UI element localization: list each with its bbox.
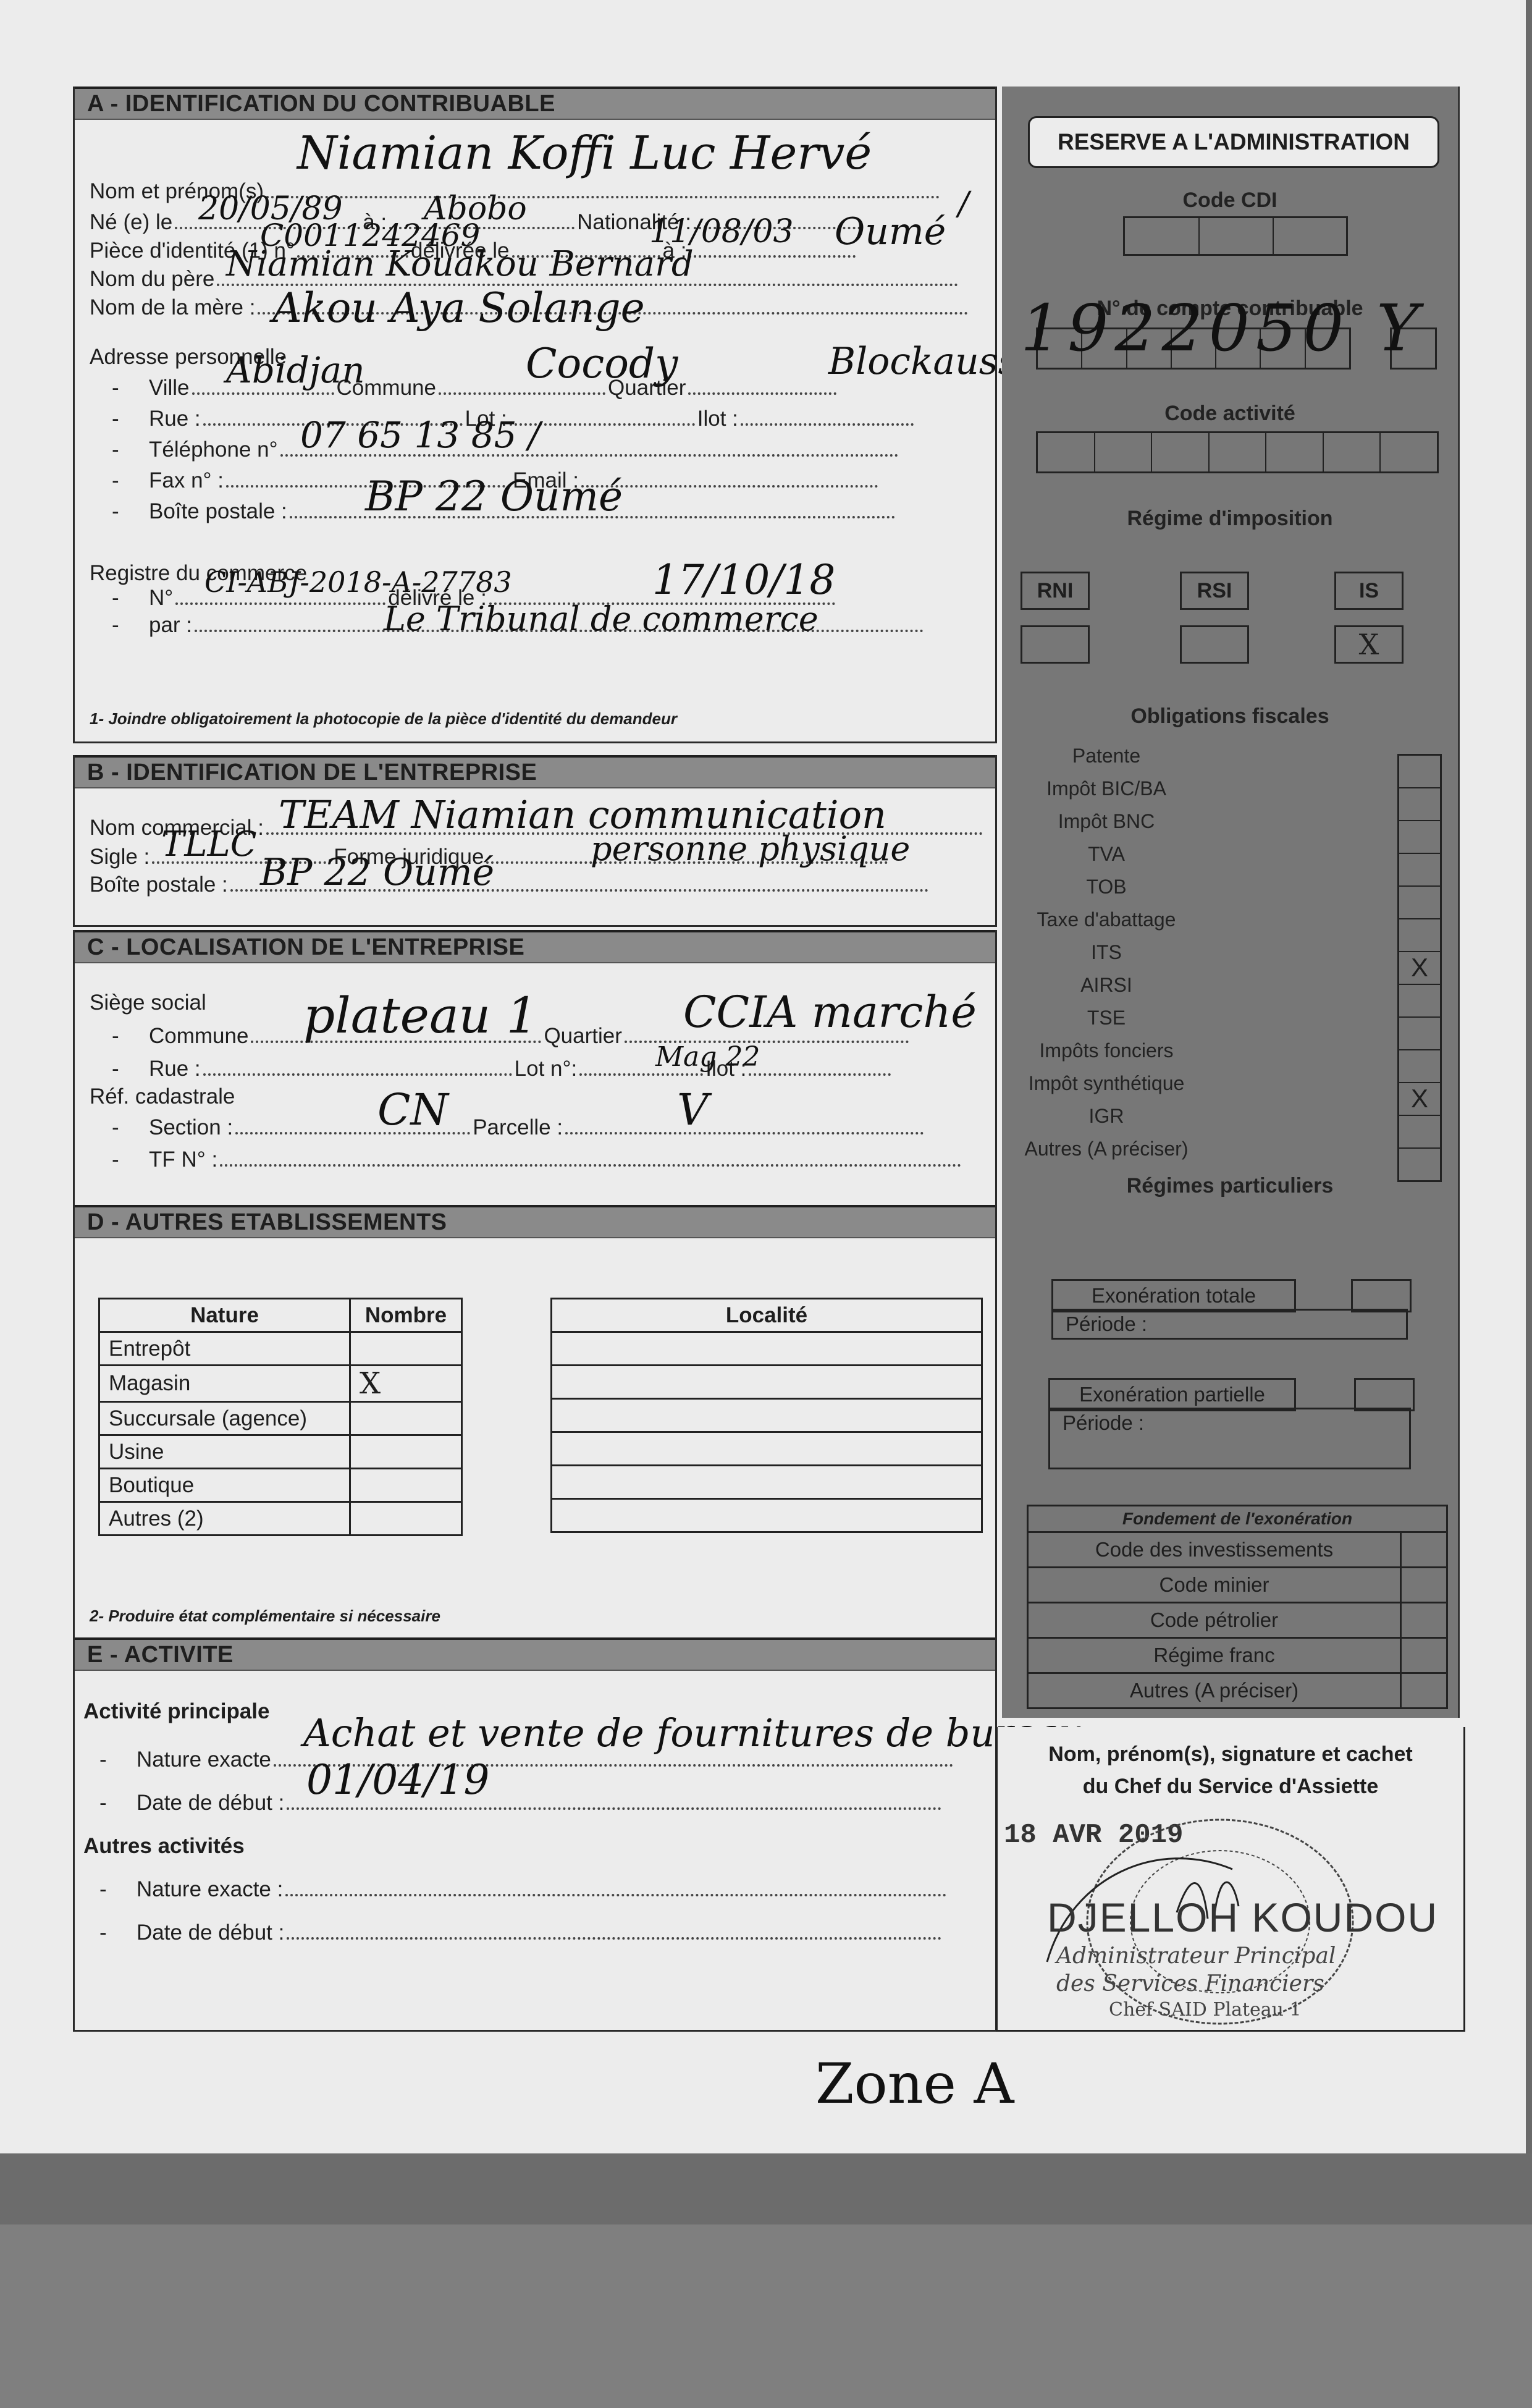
value-commune-entreprise: plateau 1 [303, 987, 538, 1044]
value-parcelle: V [677, 1084, 709, 1135]
exoneration-partielle-label: Exonération partielle [1048, 1378, 1296, 1411]
label-regimes-particuliers: Régimes particuliers [1002, 1174, 1458, 1198]
value-quartier: Blockauss [828, 340, 1017, 383]
footnote-1: 1- Joindre obligatoirement la photocopie… [90, 709, 677, 729]
field-tf: -TF N° : [112, 1147, 964, 1172]
field-ville: -VilleCommuneQuartier [112, 376, 839, 400]
admin-title: RESERVE A L'ADMINISTRATION [1028, 116, 1439, 168]
fondement-header: Fondement de l'exonération [1029, 1506, 1446, 1533]
label-code-cdi: Code CDI [1002, 188, 1458, 213]
obligation-label: Taxe d'abattage [878, 908, 1334, 931]
value-rc-delivre: 17/10/18 [652, 556, 835, 604]
obligation-checkbox[interactable] [1399, 756, 1440, 788]
code-activite-boxes [1036, 431, 1439, 473]
regime-rni-checkbox[interactable] [1021, 625, 1090, 664]
section-c-header: C - LOCALISATION DE L'ENTREPRISE [75, 930, 995, 963]
fondement-checkbox[interactable] [1402, 1533, 1446, 1566]
signature-block: Nom, prénom(s), signature et cachet du C… [996, 1727, 1465, 2032]
section-c: C - LOCALISATION DE L'ENTREPRISE Siège s… [73, 930, 997, 1207]
fondement-row: Code pétrolier [1029, 1603, 1446, 1639]
value-telephone: 07 65 13 85 / [300, 414, 541, 456]
table-row: Autres (2) [99, 1502, 462, 1536]
exoneration-totale-label: Exonération totale [1051, 1279, 1296, 1312]
table-row: MagasinX [99, 1366, 462, 1402]
exoneration-totale-periode[interactable]: Période : [1051, 1309, 1408, 1340]
regime-rni-label: RNI [1021, 572, 1090, 610]
obligation-checkbox[interactable] [1399, 1050, 1440, 1083]
table-row: Boutique [99, 1469, 462, 1502]
table-row [552, 1399, 982, 1432]
footnote-2: 2- Produire état complémentaire si néces… [90, 1607, 440, 1626]
fondement-checkbox[interactable] [1402, 1568, 1446, 1602]
signature-title-1: Nom, prénom(s), signature et cachet [998, 1738, 1463, 1770]
obligation-label: Impôt synthétique [878, 1072, 1334, 1095]
col-nature: Nature [99, 1299, 350, 1332]
obligation-checkbox[interactable] [1399, 985, 1440, 1018]
label-autres-activites: Autres activités [83, 1834, 245, 1859]
scanner-background [0, 2153, 1532, 2224]
section-e: E - ACTIVITE Activité principale -Nature… [73, 1637, 997, 2032]
value-lot-entreprise: Mag 22 [655, 1041, 760, 1073]
obligation-checkbox[interactable]: X [1399, 952, 1440, 985]
field-date-autres: -Date de début : [99, 1920, 944, 1945]
obligation-label: IGR [878, 1105, 1334, 1128]
section-d-header: D - AUTRES ETABLISSEMENTS [75, 1205, 995, 1238]
obligation-label: TOB [878, 876, 1334, 898]
exoneration-totale-checkbox[interactable] [1351, 1279, 1412, 1312]
value-forme-juridique: personne physique [591, 829, 910, 868]
value-nom-mere: Akou Aya Solange [272, 284, 645, 332]
obligation-label: TVA [878, 843, 1334, 866]
value-nature-principale: Achat et vente de fournitures de bureau [303, 1710, 1084, 1755]
fondement-checkbox[interactable] [1402, 1674, 1446, 1707]
value-date-principale: 01/04/19 [306, 1756, 489, 1804]
value-delivree-a: Oumé [835, 210, 946, 253]
fondement-row: Régime franc [1029, 1639, 1446, 1674]
value-nom-prenoms: Niamian Koffi Luc Hervé [297, 127, 872, 180]
table-row [552, 1366, 982, 1399]
signer-name-stamp: DJELLOH KOUDOU [1047, 1894, 1438, 1941]
etablissements-table: Nature Nombre Entrepôt MagasinX Succursa… [98, 1298, 463, 1536]
obligation-checkbox[interactable] [1399, 854, 1440, 887]
table-row: Entrepôt [99, 1332, 462, 1366]
field-nature-autres: -Nature exacte : [99, 1877, 949, 1902]
obligation-label: Impôt BNC [878, 810, 1334, 833]
label-ref-cadastrale: Réf. cadastrale [90, 1084, 235, 1109]
obligation-checkbox[interactable] [1399, 1018, 1440, 1050]
value-nom-pere: Niamian Kouakou Bernard [226, 244, 694, 284]
col-localite: Localité [552, 1299, 982, 1332]
value-sigle: TLLC [161, 824, 257, 864]
label-code-activite: Code activité [1002, 402, 1458, 426]
obligation-label: Impôt BIC/BA [878, 777, 1334, 800]
signer-role-3: Chef SAID Plateau 1 [1109, 1999, 1302, 2021]
obligation-label: Autres (A préciser) [878, 1138, 1334, 1160]
exoneration-partielle-checkbox[interactable] [1354, 1378, 1415, 1411]
obligation-label: Patente [878, 745, 1334, 767]
field-rue-entreprise: -Rue :Lot n°:Ilot : [112, 1057, 893, 1081]
fondement-row: Autres (A préciser) [1029, 1674, 1446, 1707]
localite-table: Localité [550, 1298, 983, 1533]
fondement-checkbox[interactable] [1402, 1639, 1446, 1672]
obligations-checkboxes: XX [1397, 754, 1442, 1182]
fondement-row: Code des investissements [1029, 1533, 1446, 1568]
signer-role-1: Administrateur Principal [1056, 1943, 1336, 1969]
value-ville: Abidjan [226, 349, 365, 391]
obligation-checkbox[interactable] [1399, 821, 1440, 854]
table-row [552, 1499, 982, 1532]
value-boite-postale-entreprise: BP 22 Oumé [260, 851, 494, 894]
table-row: Usine [99, 1435, 462, 1469]
signature-title-2: du Chef du Service d'Assiette [998, 1770, 1463, 1802]
field-boite-postale-entreprise: Boîte postale : [90, 872, 931, 897]
regime-rsi-checkbox[interactable] [1180, 625, 1249, 664]
label-obligations-fiscales: Obligations fiscales [1002, 704, 1458, 729]
fondement-row: Code minier [1029, 1568, 1446, 1603]
table-row [552, 1332, 982, 1366]
value-section: CN [377, 1084, 448, 1135]
section-b-header: B - IDENTIFICATION DE L'ENTREPRISE [75, 755, 995, 788]
section-e-header: E - ACTIVITE [75, 1637, 995, 1671]
regime-is-label: IS [1334, 572, 1404, 610]
code-cdi-boxes [1123, 216, 1348, 256]
obligation-label: TSE [878, 1007, 1334, 1029]
section-d: D - AUTRES ETABLISSEMENTS Nature Nombre … [73, 1205, 997, 1639]
obligation-label: AIRSI [878, 974, 1334, 997]
obligation-label: Impôts fonciers [878, 1039, 1334, 1062]
value-nationalite: / [958, 185, 969, 222]
obligation-label: ITS [878, 941, 1334, 964]
admin-panel: RESERVE A L'ADMINISTRATION Code CDI N° d… [1002, 87, 1460, 1718]
col-nombre: Nombre [350, 1299, 462, 1332]
value-compte-contribuable: 1922050 Y [1021, 290, 1425, 366]
fondement-checkbox[interactable] [1402, 1603, 1446, 1637]
value-commune: Cocody [526, 340, 678, 387]
obligation-checkbox[interactable] [1399, 887, 1440, 919]
label-siege: Siège social [90, 991, 206, 1015]
fondement-table: Fondement de l'exonération Code des inve… [1027, 1505, 1448, 1709]
value-rc-par: Le Tribunal de commerce [384, 599, 819, 638]
exoneration-partielle-periode[interactable]: Période : [1048, 1408, 1411, 1469]
regime-is-checkbox[interactable]: X [1334, 625, 1404, 664]
regime-rsi-label: RSI [1180, 572, 1249, 610]
value-boite-postale: BP 22 Oumé [365, 473, 623, 520]
table-row [552, 1466, 982, 1499]
obligation-checkbox[interactable] [1399, 1116, 1440, 1149]
obligation-checkbox[interactable] [1399, 919, 1440, 952]
label-activite-principale: Activité principale [83, 1699, 269, 1724]
section-a: A - IDENTIFICATION DU CONTRIBUABLE Nom e… [73, 87, 997, 743]
value-rc-numero: CI-ABJ-2018-A-27783 [204, 565, 512, 599]
table-row [552, 1432, 982, 1466]
obligation-checkbox[interactable] [1399, 788, 1440, 821]
field-section: -Section :Parcelle : [112, 1115, 926, 1140]
handwritten-zone-note: Zone A [815, 2051, 1014, 2116]
section-b: B - IDENTIFICATION DE L'ENTREPRISE Nom c… [73, 755, 997, 927]
signer-role-2: des Services Financiers [1056, 1971, 1324, 1996]
table-row: Succursale (agence) [99, 1402, 462, 1435]
label-regime-imposition: Régime d'imposition [1002, 507, 1458, 531]
field-date-principale: -Date de début : [99, 1791, 944, 1815]
obligation-checkbox[interactable]: X [1399, 1083, 1440, 1116]
section-a-header: A - IDENTIFICATION DU CONTRIBUABLE [75, 87, 995, 120]
